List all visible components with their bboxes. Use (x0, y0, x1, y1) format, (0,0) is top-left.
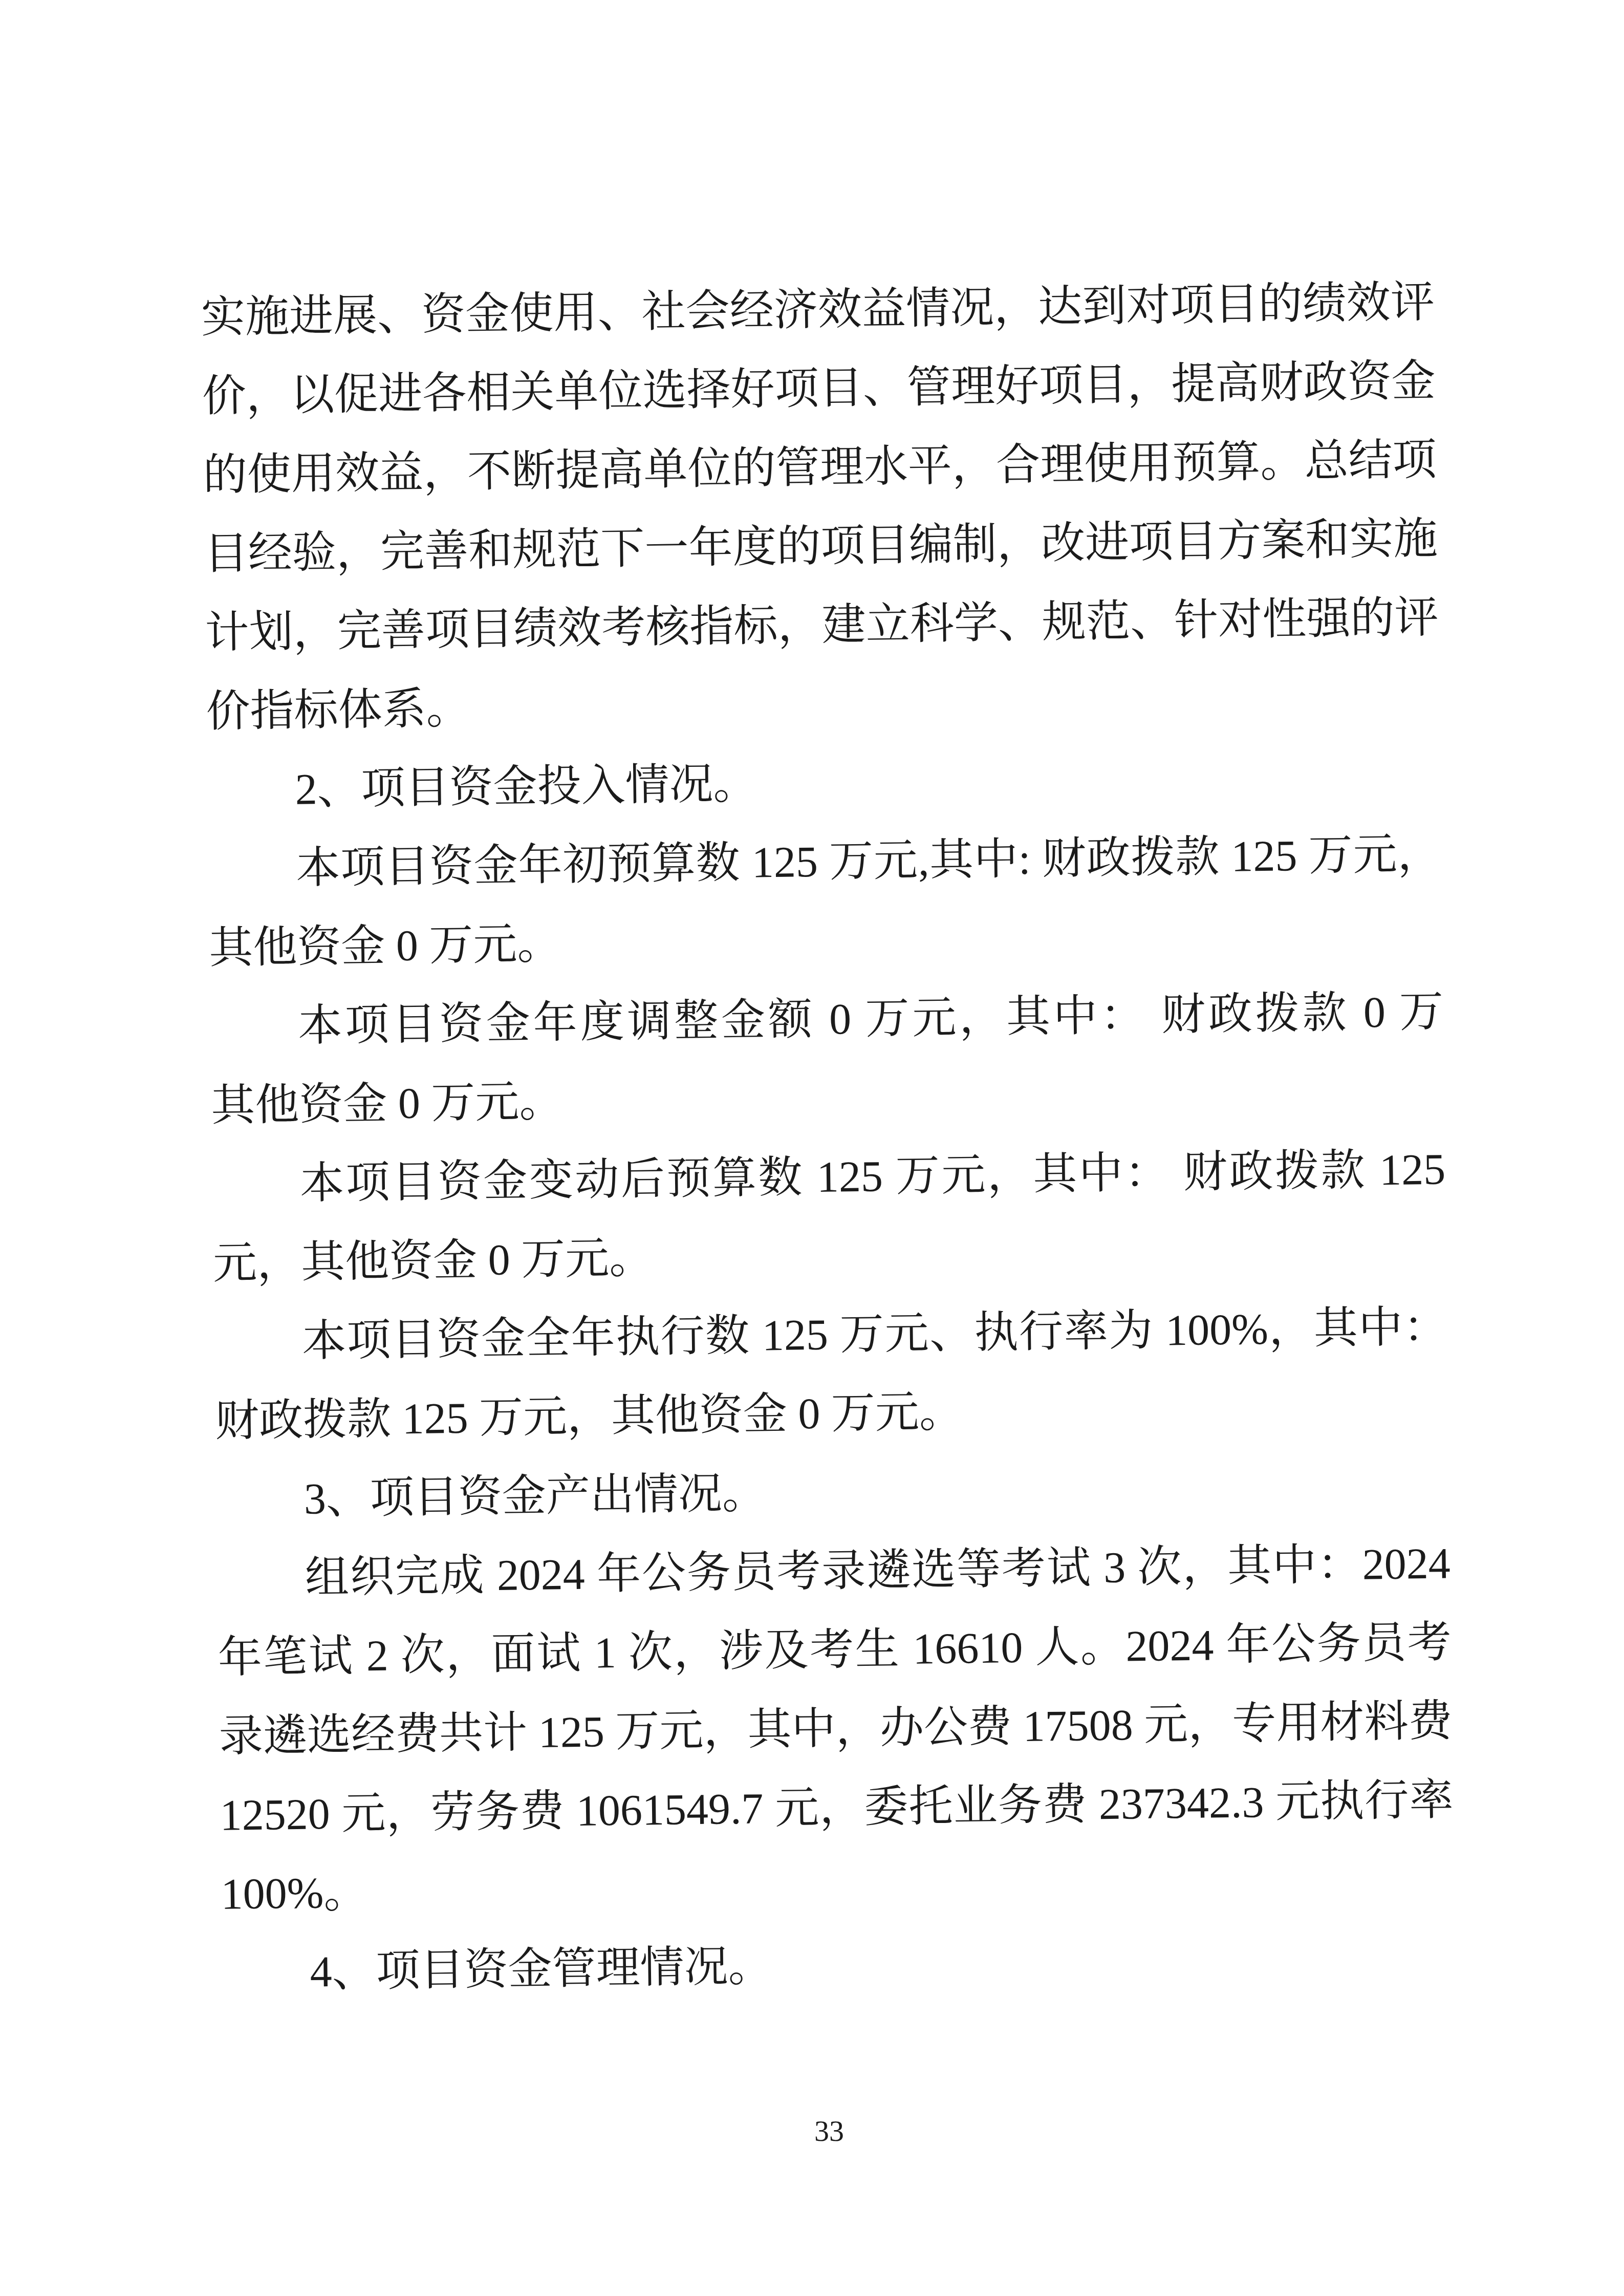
page-number: 33 (747, 2116, 911, 2147)
text-line: 年笔试 2 次，面试 1 次，涉及考生 16610 人。2024 年公务员考 (218, 1603, 1452, 1697)
text-line: 本项目资金年度调整金额 0 万元，其中： 财政拨款 0 万元， (209, 972, 1444, 1066)
section-heading: 4、项目资金管理情况。 (222, 1918, 1456, 2012)
text-line: 本项目资金全年执行数 125 万元、执行率为 100%，其中： (213, 1288, 1448, 1382)
text-line: 其他资金 0 万元。 (210, 1051, 1445, 1145)
text-line: 目经验，完善和规范下一年度的项目编制，改进项目方案和实施 (204, 499, 1438, 593)
text-line: 录遴选经费共计 125 万元，其中，办公费 17508 元，专用材料费 (219, 1681, 1453, 1775)
text-line: 价，以促进各相关单位选择好项目、管理好项目，提高财政资金 (202, 341, 1436, 436)
section-heading: 2、项目资金投入情况。 (207, 736, 1441, 830)
text-line: 12520 元，劳务费 1061549.7 元，委托业务费 237342.3 元… (220, 1760, 1454, 1854)
section-heading: 3、项目资金产出情况。 (215, 1445, 1450, 1539)
text-line: 价指标体系。 (206, 657, 1440, 751)
text-line: 计划，完善项目绩效考核指标，建立科学、规范、针对性强的评 (205, 578, 1439, 672)
text-line: 的使用效益，不断提高单位的管理水平，合理使用预算。总结项 (203, 420, 1437, 514)
text-line: 本项目资金年初预算数 125 万元,其中: 财政拨款 125 万元， (208, 814, 1442, 909)
text-line: 100%。 (221, 1839, 1455, 1933)
text-line: 财政拨款 125 万元，其他资金 0 万元。 (214, 1366, 1449, 1461)
text-line: 其他资金 0 万元。 (208, 893, 1443, 988)
text-line: 元，其他资金 0 万元。 (212, 1209, 1447, 1303)
document-page: 实施进展、资金使用、社会经济效益情况，达到对项目的绩效评 价，以促进各相关单位选… (0, 0, 1624, 2296)
text-line: 实施进展、资金使用、社会经济效益情况，达到对项目的绩效评 (201, 263, 1435, 357)
text-line: 本项目资金变动后预算数 125 万元，其中： 财政拨款 125 万 (211, 1130, 1446, 1224)
text-line: 组织完成 2024 年公务员考录遴选等考试 3 次，其中：2024 (216, 1524, 1451, 1618)
text-block: 实施进展、资金使用、社会经济效益情况，达到对项目的绩效评 价，以促进各相关单位选… (201, 263, 1456, 2012)
